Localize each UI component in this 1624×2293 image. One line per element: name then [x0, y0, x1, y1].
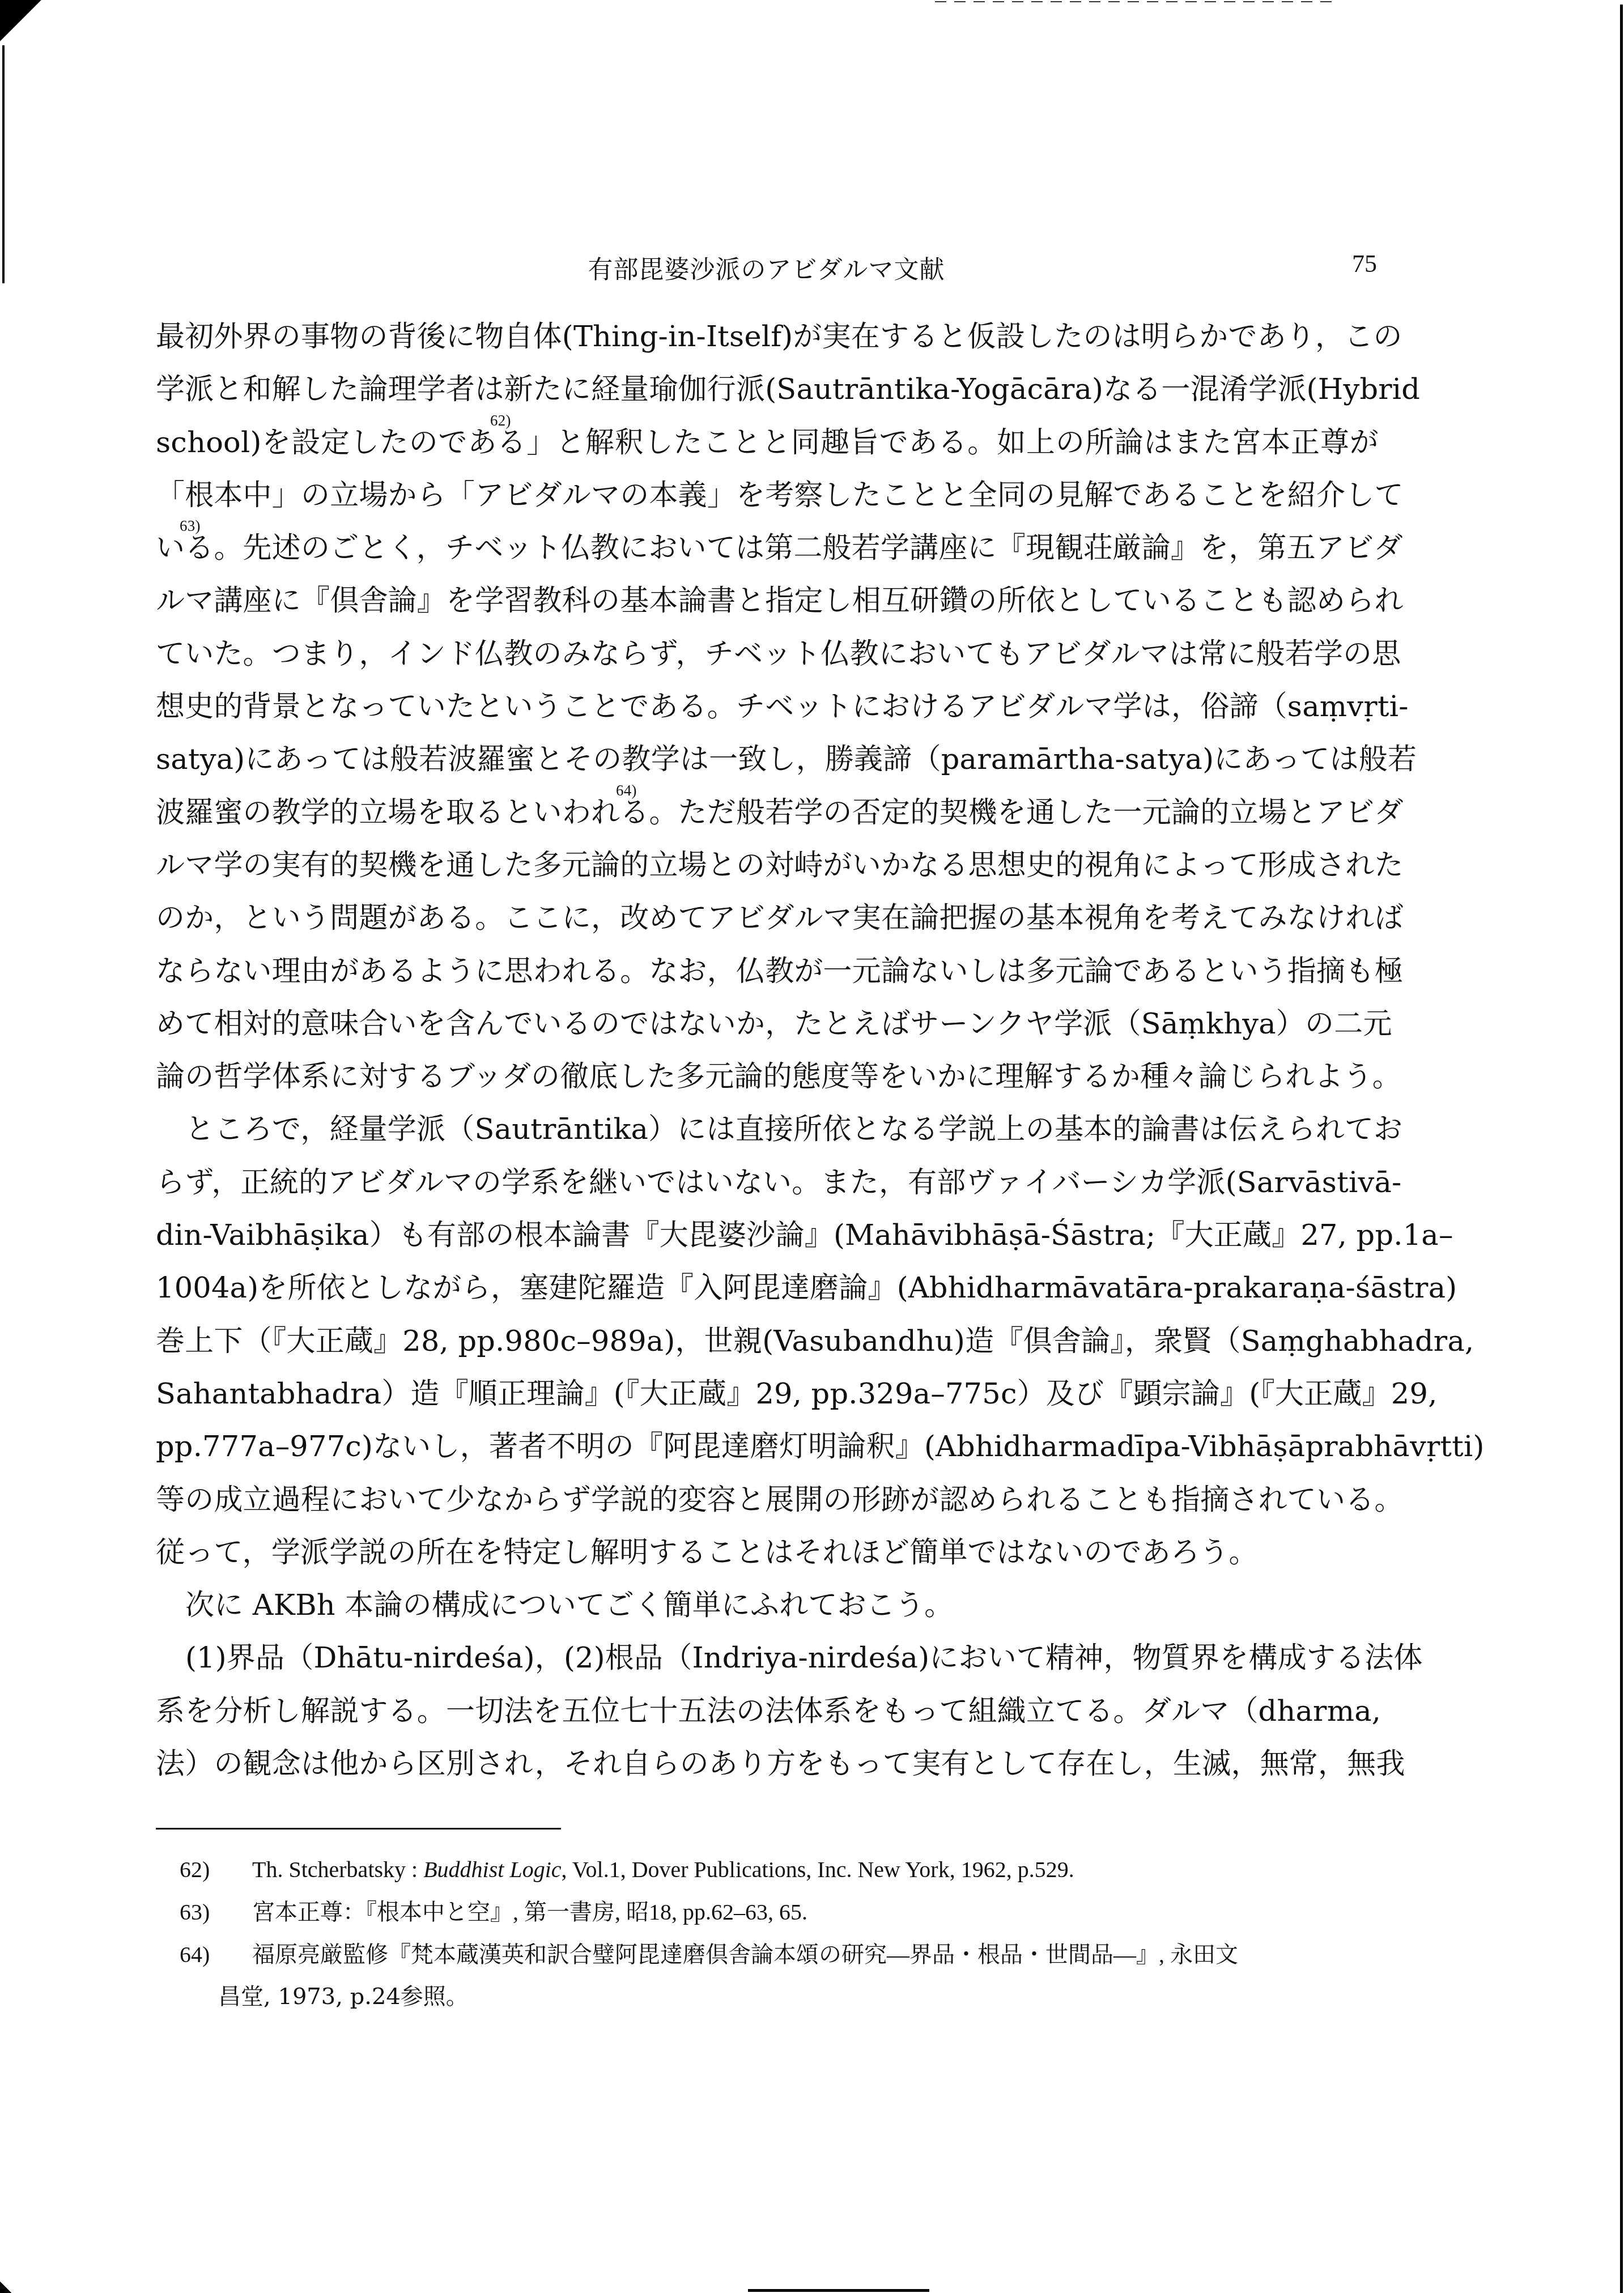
body-line-text: 1004a)を所依としながら，塞建陀羅造『入阿毘達磨論』(Abhidharmāv…	[156, 1271, 1457, 1305]
scan-artifact-top-line	[935, 1, 1332, 2]
footnote-text-part: Th. Stcherbatsky :	[252, 1857, 423, 1882]
body-line: めて相対的意味合いを含んでいるのではないか，たとえばサーンクヤ学派（Sāṃkhy…	[156, 998, 1379, 1050]
body-line-text: school)を設定したのである」と解釈したことと同趣旨である。如上の所論はまた…	[156, 426, 1379, 460]
body-line-text: Sahantabhadra）造『順正理論』(『大正蔵』29, pp.329a–7…	[156, 1377, 1438, 1411]
body-line: ルマ学の実有的契機を通した多元論的立場との対峙がいかなる思想史的視角によって形成…	[156, 839, 1379, 892]
body-line: pp.777a–977c)ないし，著者不明の『阿毘達磨灯明論釈』(Abhidha…	[156, 1420, 1379, 1473]
footnote-text-part: 宮本正尊：『根本中と空』, 第一書房, 昭18, pp.62–63, 65.	[252, 1899, 807, 1925]
body-line-text: 学派と和解した論理学者は新たに経量瑜伽行派(Sautrāntika-Yogācā…	[156, 373, 1420, 406]
body-line-text: din-Vaibhāṣika）も有部の根本論書『大毘婆沙論』(Mahāvibhā…	[156, 1219, 1453, 1252]
body-line-text: 法）の観念は他から区別され，それ自らのあり方をもって実有として存在し，生滅，無常…	[156, 1747, 1405, 1781]
footnote: 62)Th. Stcherbatsky : Buddhist Logic, Vo…	[156, 1848, 1380, 1891]
footnote-reference: 62)	[490, 413, 511, 428]
body-line-text: pp.777a–977c)ないし，著者不明の『阿毘達磨灯明論釈』(Abhidha…	[156, 1430, 1485, 1464]
scanned-page: 有部毘婆沙派のアビダルマ文献 75 最初外界の事物の背後に物自体(Thing-i…	[0, 0, 1624, 2293]
body-line-text: 波羅蜜の教学的立場を取るといわれる。ただ般若学の否定的契機を通した一元論的立場と…	[156, 796, 1404, 829]
body-line: 系を分析し解説する。一切法を五位七十五法の法体系をもって組織立てる。ダルマ（dh…	[156, 1685, 1379, 1738]
body-line-text: 想史的背景となっていたということである。チベットにおけるアビダルマ学は，俗諦（s…	[156, 690, 1409, 724]
footnote-text-part: 福原亮厳監修『梵本蔵漢英和訳合璧阿毘達磨倶舎論本頌の研究—界品・根品・世間品—』…	[252, 1942, 1238, 1967]
body-line-text: 「根本中」の立場から「アビダルマの本義」を考察したことと全同の見解であることを紹…	[156, 479, 1404, 512]
body-line-text: ていた。つまり，インド仏教のみならず，チベット仏教においてもアビダルマは常に般若…	[156, 637, 1401, 671]
body-line: Sahantabhadra）造『順正理論』(『大正蔵』29, pp.329a–7…	[156, 1368, 1379, 1420]
footnote: 63)宮本正尊：『根本中と空』, 第一書房, 昭18, pp.62–63, 65…	[156, 1891, 1380, 1933]
body-line: ならない理由があるように思われる。なお，仏教が一元論ないしは多元論であるという指…	[156, 945, 1379, 998]
footnote-number: 64)	[180, 1933, 210, 1976]
running-title: 有部毘婆沙派のアビダルマ文献	[156, 249, 1377, 286]
body-line: らず，正統的アビダルマの学系を継いではいない。また，有部ヴァイバーシカ学派(Sa…	[156, 1156, 1379, 1209]
body-line: 論の哲学体系に対するブッダの徹底した多元論的態度等をいかに理解するか種々論じられ…	[156, 1050, 1379, 1103]
footnote-continuation: 昌堂, 1973, p.24参照。	[218, 1976, 469, 2018]
scan-artifact-left-edge	[2, 45, 5, 283]
body-line: 等の成立過程において少なからず学説的変容と展開の形跡が認められることも指摘されて…	[156, 1474, 1379, 1526]
scan-artifact-bottom-mark	[748, 2289, 929, 2292]
body-line: 想史的背景となっていたということである。チベットにおけるアビダルマ学は，俗諦（s…	[156, 680, 1379, 733]
body-line-text: ルマ講座に『倶舎論』を学習教科の基本論書と指定し相互研鑽の所依としていることも認…	[156, 584, 1404, 618]
body-line: (1)界品（Dhātu-nirdeśa)，(2)根品（Indriya-nirde…	[156, 1632, 1379, 1684]
body-line: 法）の観念は他から区別され，それ自らのあり方をもって実有として存在し，生滅，無常…	[156, 1738, 1379, 1790]
body-line-text: satya)にあっては般若波羅蜜とその教学は一致し，勝義諦（paramārtha…	[156, 743, 1417, 776]
footnote-rule	[156, 1828, 561, 1830]
body-line-text: 論の哲学体系に対するブッダの徹底した多元論的態度等をいかに理解するか種々論じられ…	[156, 1060, 1401, 1094]
footnote-number: 63)	[180, 1891, 210, 1933]
body-line-text: ところで，経量学派（Sautrāntika）には直接所依となる学説上の基本的論書…	[185, 1113, 1402, 1146]
body-text: 最初外界の事物の背後に物自体(Thing-in-Itself)が実在すると仮設し…	[156, 310, 1379, 1790]
book-title: Buddhist Logic	[423, 1857, 561, 1882]
body-line: school)を設定したのである」と解釈したことと同趣旨である。如上の所論はまた…	[156, 416, 1379, 469]
body-line-text: 従って，学派学説の所在を特定し解明することはそれほど簡単ではないのであろう。	[156, 1536, 1258, 1569]
footnote-continuation-line: 昌堂, 1973, p.24参照。	[156, 1976, 1380, 2018]
body-line: ていた。つまり，インド仏教のみならず，チベット仏教においてもアビダルマは常に般若…	[156, 628, 1379, 680]
body-line: 学派と和解した論理学者は新たに経量瑜伽行派(Sautrāntika-Yogācā…	[156, 363, 1379, 416]
body-line: のか，という問題がある。ここに，改めてアビダルマ実在論把握の基本視角を考えてみな…	[156, 892, 1379, 945]
body-line: 次に AKBh 本論の構成についてごく簡単にふれておこう。	[156, 1579, 1379, 1632]
body-line-text: 次に AKBh 本論の構成についてごく簡単にふれておこう。	[185, 1589, 953, 1622]
body-line: 従って，学派学説の所在を特定し解明することはそれほど簡単ではないのであろう。	[156, 1526, 1379, 1579]
body-line: din-Vaibhāṣika）も有部の根本論書『大毘婆沙論』(Mahāvibhā…	[156, 1209, 1379, 1262]
body-line-text: めて相対的意味合いを含んでいるのではないか，たとえばサーンクヤ学派（Sāṃkhy…	[156, 1007, 1392, 1041]
body-line-text: 系を分析し解説する。一切法を五位七十五法の法体系をもって組織立てる。ダルマ（dh…	[156, 1695, 1381, 1728]
body-line: 1004a)を所依としながら，塞建陀羅造『入阿毘達磨論』(Abhidharmāv…	[156, 1262, 1379, 1314]
body-line-text: (1)界品（Dhātu-nirdeśa)，(2)根品（Indriya-nirde…	[185, 1641, 1423, 1675]
body-line-text: 等の成立過程において少なからず学説的変容と展開の形跡が認められることも指摘されて…	[156, 1483, 1404, 1517]
body-line-text: ルマ学の実有的契機を通した多元論的立場との対峙がいかなる思想史的視角によって形成…	[156, 849, 1404, 882]
footnote-text-part: , Vol.1, Dover Publications, Inc. New Yo…	[562, 1857, 1074, 1882]
body-line-text: 最初外界の事物の背後に物自体(Thing-in-Itself)が実在すると仮設し…	[156, 320, 1402, 354]
body-line: 波羅蜜の教学的立場を取るといわれる。ただ般若学の否定的契機を通した一元論的立場と…	[156, 786, 1379, 839]
footnote-reference: 64)	[616, 783, 637, 798]
body-line: satya)にあっては般若波羅蜜とその教学は一致し，勝義諦（paramārtha…	[156, 733, 1379, 786]
scan-artifact-bottom-left	[0, 2281, 11, 2293]
body-line-text: ならない理由があるように思われる。なお，仏教が一元論ないしは多元論であるという指…	[156, 955, 1404, 988]
body-line-text: いる。先述のごとく，チベット仏教においては第二般若学講座に『現観荘厳論』を，第五…	[156, 531, 1403, 565]
footnote-text: 福原亮厳監修『梵本蔵漢英和訳合璧阿毘達磨倶舎論本頌の研究—界品・根品・世間品—』…	[252, 1933, 1238, 1976]
body-line: 巻上下（『大正蔵』28, pp.980c–989a)，世親(Vasubandhu…	[156, 1315, 1379, 1368]
running-head: 有部毘婆沙派のアビダルマ文献 75	[156, 249, 1377, 283]
body-line: ところで，経量学派（Sautrāntika）には直接所依となる学説上の基本的論書…	[156, 1103, 1379, 1156]
footnote: 64)福原亮厳監修『梵本蔵漢英和訳合璧阿毘達磨倶舎論本頌の研究—界品・根品・世間…	[156, 1933, 1380, 1976]
footnote-text: 宮本正尊：『根本中と空』, 第一書房, 昭18, pp.62–63, 65.	[252, 1891, 807, 1933]
scan-artifact-top-left	[0, 0, 45, 45]
body-line: 「根本中」の立場から「アビダルマの本義」を考察したことと全同の見解であることを紹…	[156, 469, 1379, 522]
body-line-text: のか，という問題がある。ここに，改めてアビダルマ実在論把握の基本視角を考えてみな…	[156, 901, 1404, 935]
body-line-text: らず，正統的アビダルマの学系を継いではいない。また，有部ヴァイバーシカ学派(Sa…	[156, 1166, 1401, 1199]
footnote-number: 62)	[180, 1848, 210, 1891]
body-line: 最初外界の事物の背後に物自体(Thing-in-Itself)が実在すると仮設し…	[156, 310, 1379, 363]
body-line: ルマ講座に『倶舎論』を学習教科の基本論書と指定し相互研鑽の所依としていることも認…	[156, 575, 1379, 627]
page-number: 75	[1352, 249, 1377, 278]
footnote-text: Th. Stcherbatsky : Buddhist Logic, Vol.1…	[252, 1848, 1074, 1891]
body-line-text: 巻上下（『大正蔵』28, pp.980c–989a)，世親(Vasubandhu…	[156, 1325, 1474, 1358]
footnotes: 62)Th. Stcherbatsky : Buddhist Logic, Vo…	[156, 1848, 1380, 2018]
body-line: いる。先述のごとく，チベット仏教においては第二般若学講座に『現観荘厳論』を，第五…	[156, 522, 1379, 575]
footnote-reference: 63)	[180, 518, 201, 534]
scan-artifact-right-edge	[1620, 5, 1623, 2293]
